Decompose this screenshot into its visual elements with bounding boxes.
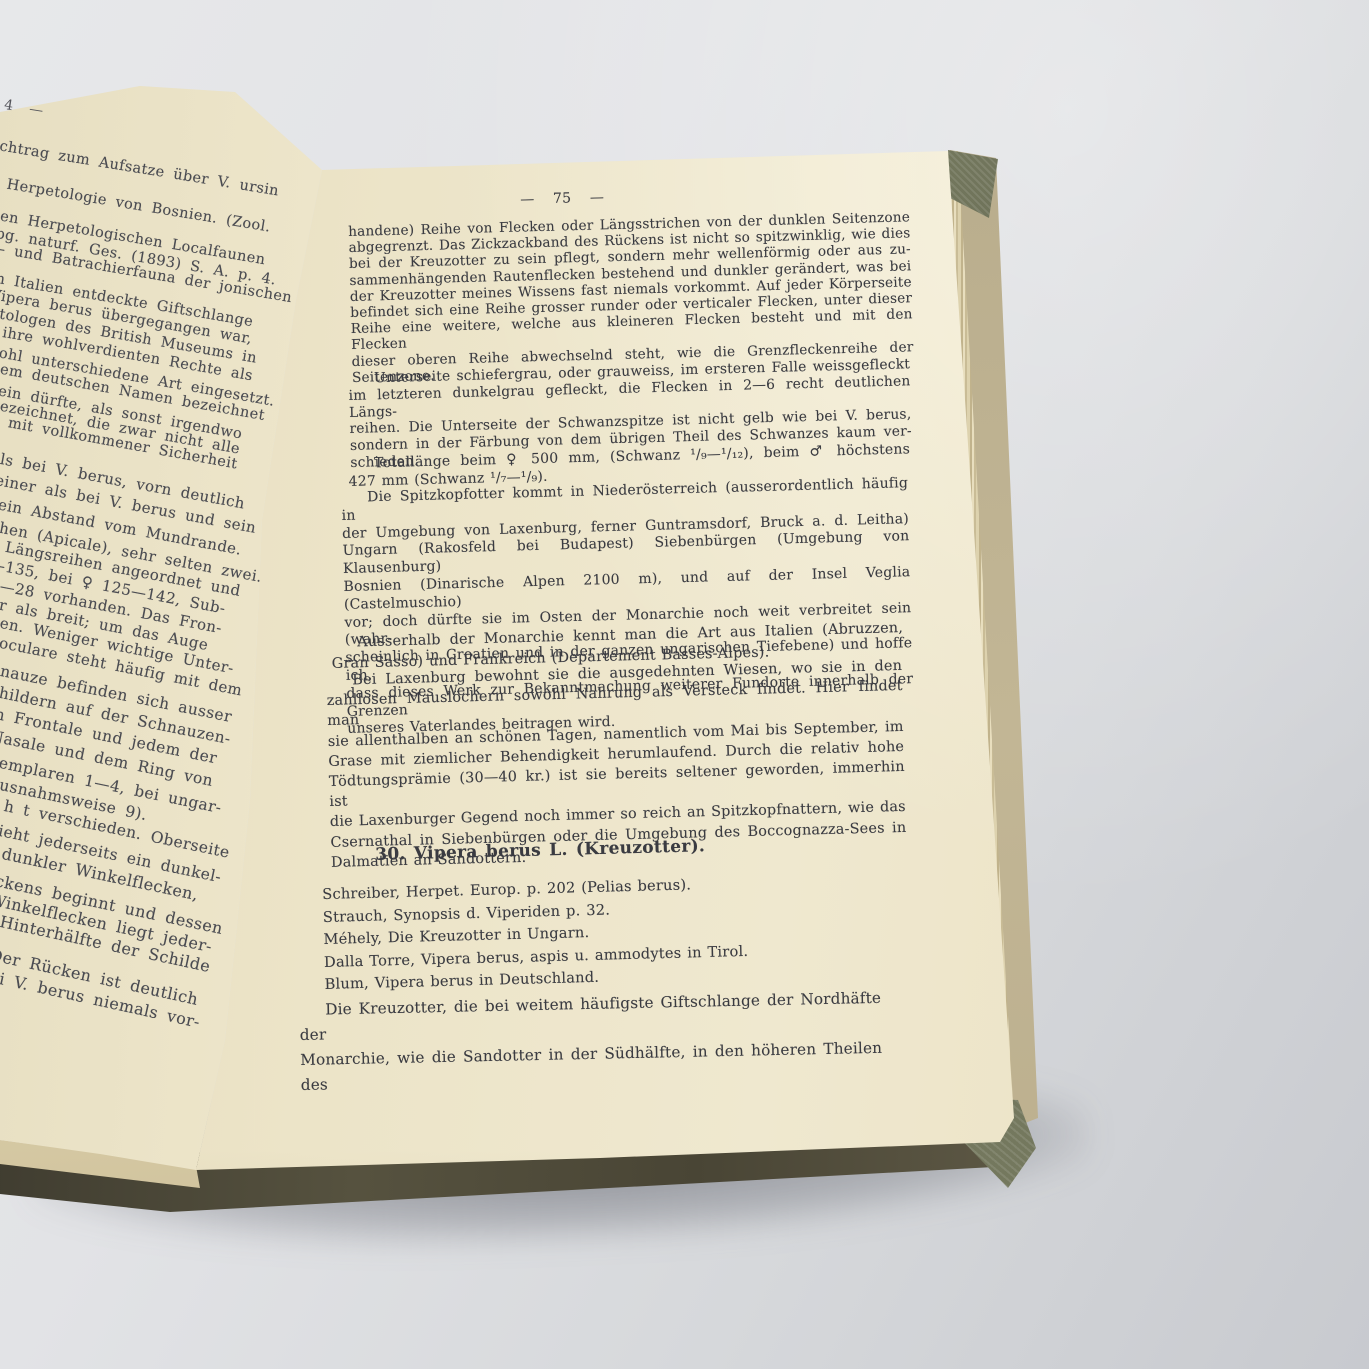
right-page-text: — 75 — handene) Reihe von Flecken oder L… xyxy=(0,0,1369,1369)
reference-list: Schreiber, Herpet. Europ. p. 202 (Pelias… xyxy=(322,869,905,997)
closing-paragraph: Die Kreuzotter, die bei weitem häufigste… xyxy=(299,986,883,1098)
page-number: — 75 — xyxy=(472,188,652,209)
book-photo: 4 — achtrag zum Aufsatze über V. ursin r… xyxy=(0,0,1369,1369)
